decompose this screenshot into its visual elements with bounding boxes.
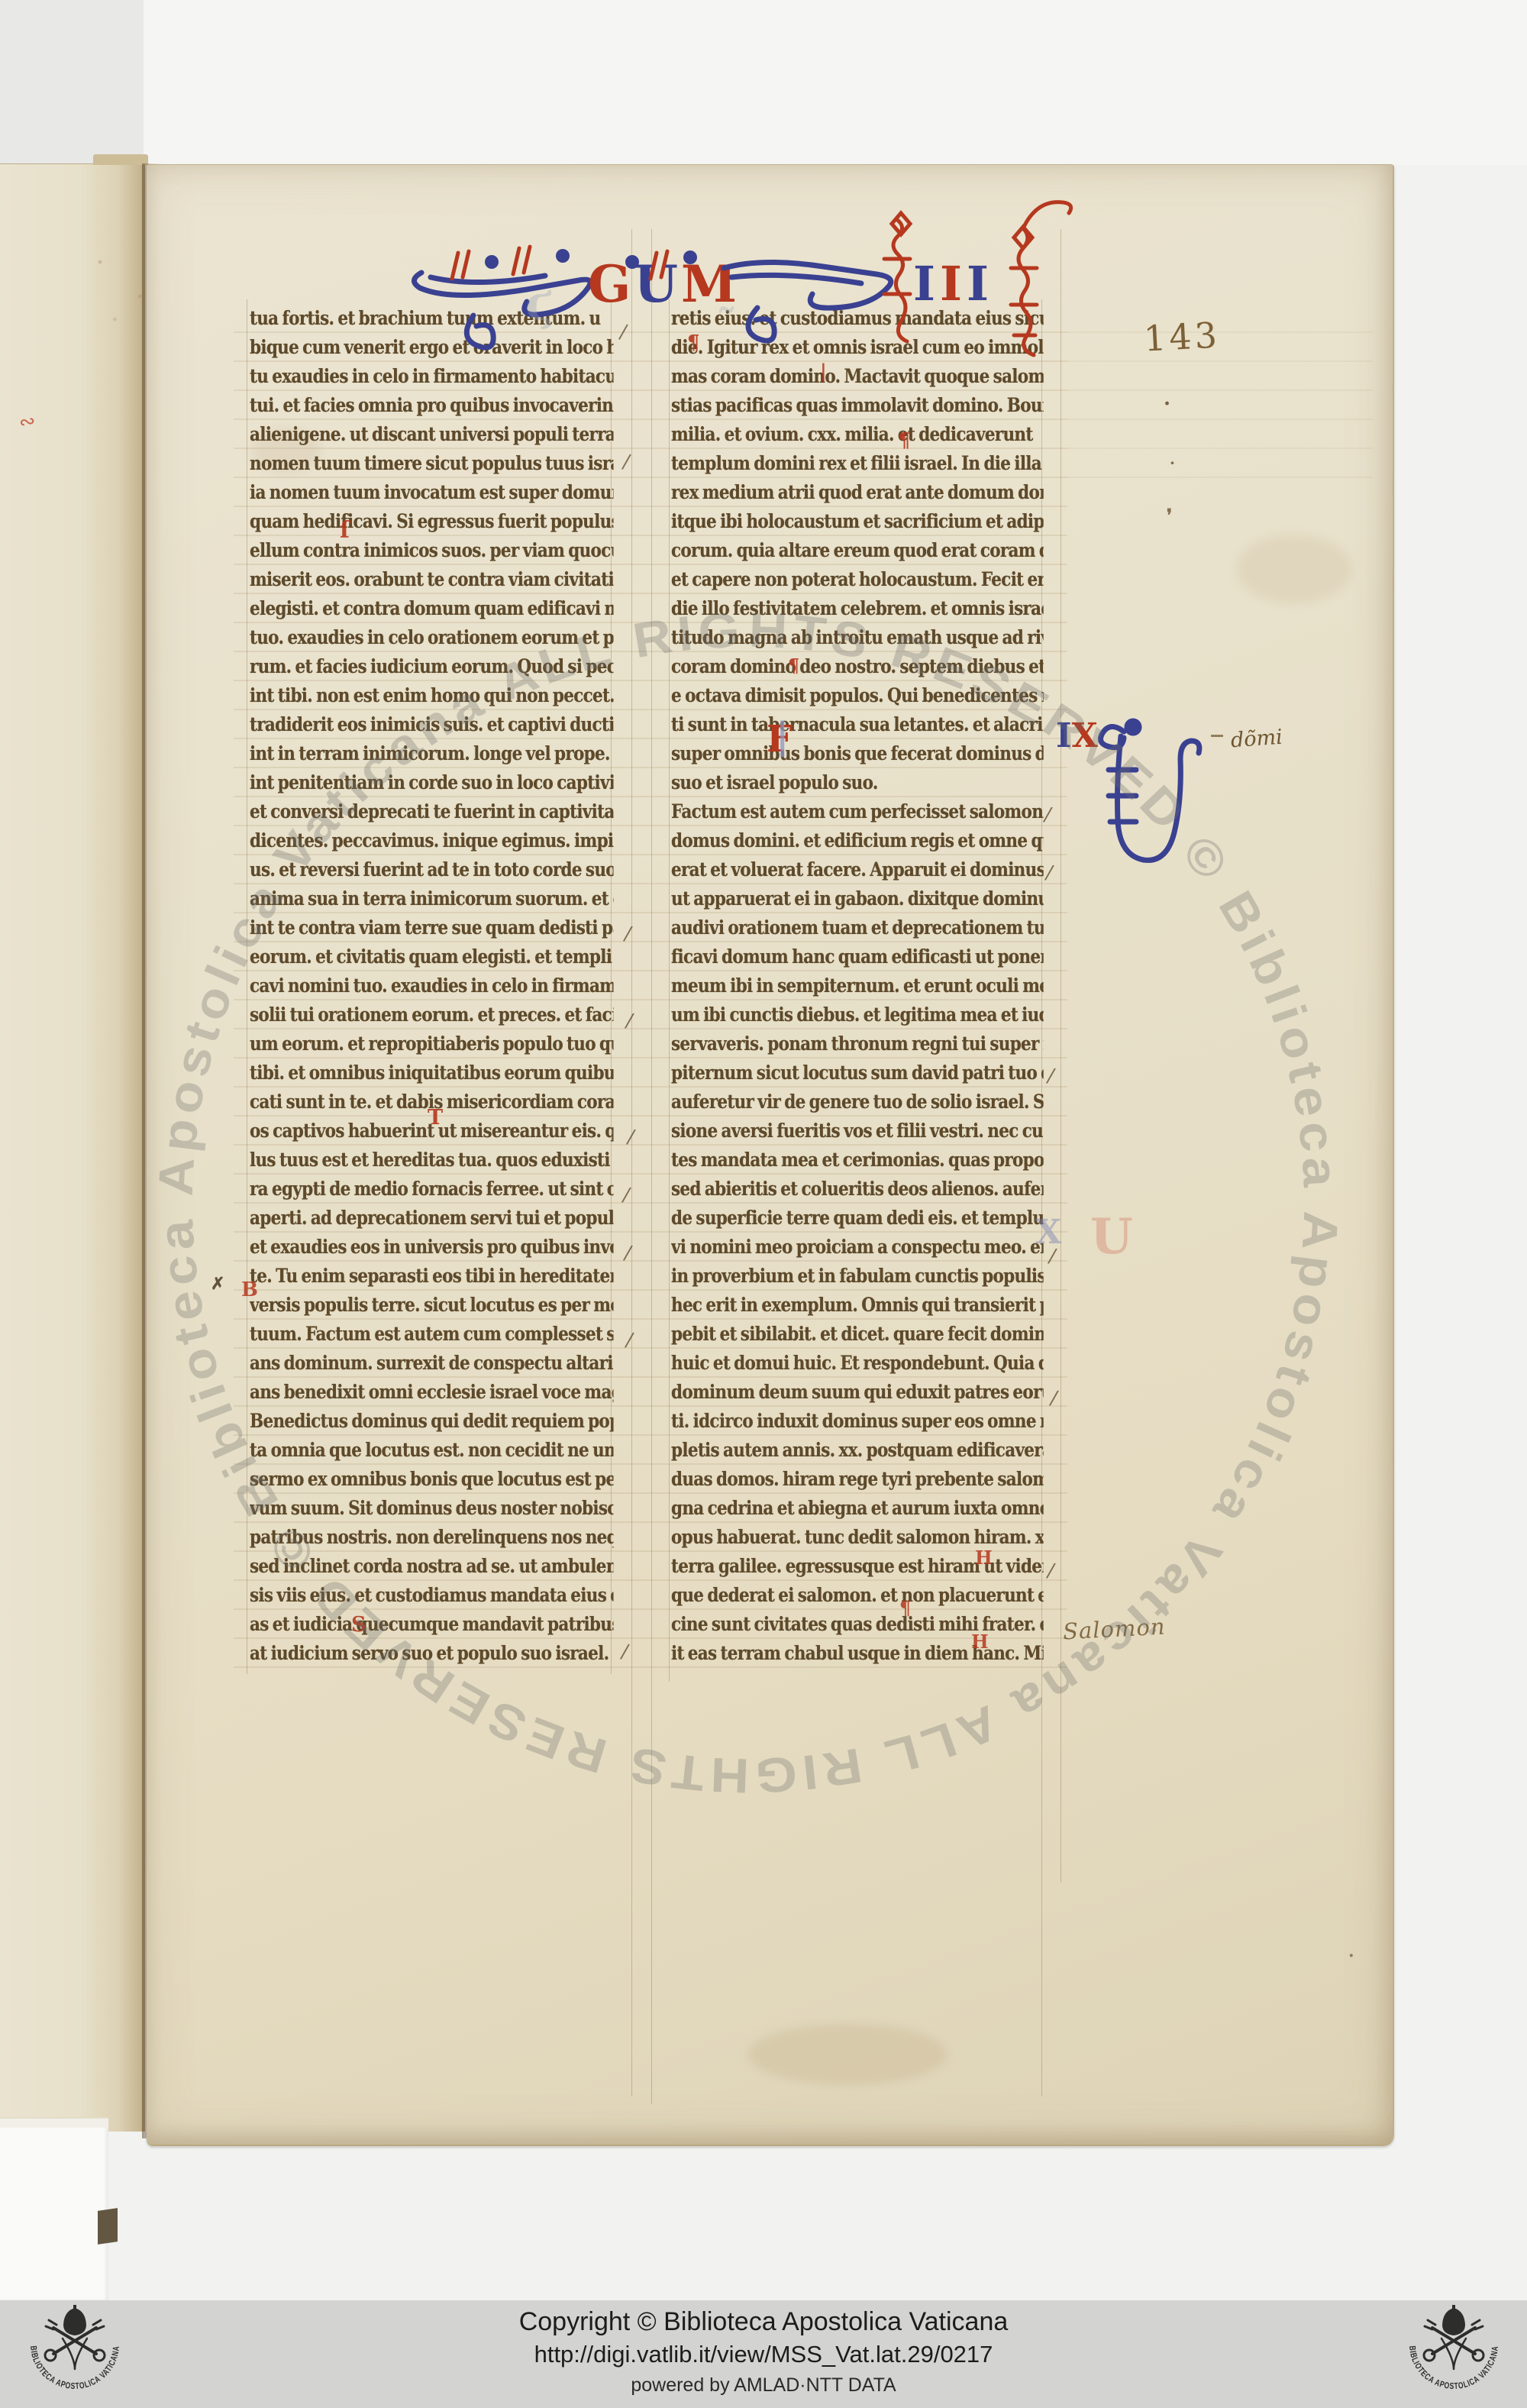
text-line: versis populis terre. sicut locutus es p…	[250, 1291, 614, 1320]
gloss-dash	[1211, 735, 1223, 737]
text-line: servaveris. ponam thronum regni tui supe…	[671, 1029, 1044, 1059]
rubric-mark: T	[428, 1107, 443, 1128]
rubric-mark: ſ	[340, 519, 350, 542]
rubric-mark: ¶	[899, 1599, 911, 1618]
text-line: super omnibus bonis que fecerat dominus …	[671, 739, 1044, 768]
text-line: um ibi cunctis diebus. et legitima mea e…	[671, 1000, 1044, 1029]
text-line: milia. et ovium. cxx. milia. et dedicave…	[671, 420, 1044, 449]
rubric-mark: ·	[1170, 455, 1175, 470]
text-line: ti. idcirco induxit dominus super eos om…	[671, 1407, 1044, 1436]
red-flourish-right	[1011, 202, 1071, 355]
text-line: ficavi domum hanc quam edificasti ut pon…	[671, 942, 1044, 971]
text-line: stias pacificas quas immolavit domino. B…	[671, 391, 1044, 420]
text-line: gna cedrina et abiegna et aurum iuxta om…	[671, 1494, 1044, 1523]
text-line: um eorum. et repropitiaberis populo tuo …	[250, 1029, 614, 1059]
page-stack-edge	[0, 2117, 108, 2300]
text-line: Benedictus dominus qui dedit requiem pop…	[250, 1407, 614, 1436]
papal-tiara-icon	[1442, 2305, 1465, 2335]
text-line: alienigene. ut discant universi populi t…	[250, 420, 614, 449]
rubric-mark: ✗	[211, 1275, 224, 1292]
text-line: Factum est autem cum perfecisset salomon…	[671, 797, 1044, 826]
rubric-mark: ¶	[687, 333, 700, 353]
text-line: templum domini rex et filii israel. In d…	[671, 449, 1044, 478]
text-line: domus domini. et edificium regis et omne…	[671, 826, 1044, 855]
text-column-left: tua fortis. et brachium tuum extentum. u…	[250, 304, 615, 1671]
text-line: ta omnia que locutus est. non cecidit ne…	[250, 1436, 614, 1465]
rubric-mark: ϛ	[525, 280, 554, 327]
rubric-mark: X	[1035, 1216, 1061, 1249]
text-line: eorum. et civitatis quam elegisti. et te…	[250, 942, 614, 971]
text-line: int in terram inimicorum. longe vel prop…	[250, 739, 614, 768]
margin-gloss-salomon: Salomon	[1062, 1614, 1166, 1645]
text-line: sis viis eius. et custodiamus mandata ei…	[250, 1581, 614, 1610]
text-line: rum. et facies iudicium eorum. Quod si p…	[250, 652, 614, 681]
text-line: die illo festivitatem celebrem. et omnis…	[671, 594, 1044, 623]
text-line: miserit eos. orabunt te contra viam civi…	[250, 565, 614, 594]
text-line: coram domino deo nostro. septem diebus e…	[671, 652, 1044, 681]
text-line: et capere non poterat holocaustum. Fecit…	[671, 565, 1044, 594]
text-line: dominum deum suum qui eduxit patres eoru…	[671, 1378, 1044, 1407]
text-line: rex medium atrii quod erat ante domum do…	[671, 478, 1044, 507]
text-line: hec erit in exemplum. Omnis qui transier…	[671, 1291, 1044, 1320]
text-line: tibi. et omnibus iniquitatibus eorum qui…	[250, 1059, 614, 1088]
vatican-library-logo-left: BIBLIOTECA APOSTOLICA VATICANA	[17, 2305, 133, 2403]
rubric-mark: U	[1090, 1213, 1133, 1262]
text-line: titudo magna ab introitu emath usque ad …	[671, 623, 1044, 652]
text-line: sione aversi fueritis vos et filii vestr…	[671, 1117, 1044, 1146]
text-line: te. Tu enim separasti eos tibi in heredi…	[250, 1262, 614, 1291]
text-line: tui. et facies omnia pro quibus invocave…	[250, 391, 614, 420]
parchment-stain	[1237, 535, 1351, 603]
text-line: elegisti. et contra domum quam edificavi…	[250, 594, 614, 623]
text-line: ti sunt in tabernacula sua letantes. et …	[671, 710, 1044, 739]
blue-penwork-left	[414, 273, 590, 347]
text-line: erat et voluerat facere. Apparuit ei dom…	[671, 855, 1044, 884]
text-line: dicentes. peccavimus. inique egimus. imp…	[250, 826, 614, 855]
text-line: anima sua in terra inimicorum suorum. et…	[250, 884, 614, 913]
text-line: ans dominum. surrexit de conspectu altar…	[250, 1349, 614, 1378]
text-line: aperti. ad deprecationem servi tui et po…	[250, 1204, 614, 1233]
rubric-mark: H	[971, 1633, 989, 1651]
text-line: e octava dimisit populos. Qui benedicent…	[671, 681, 1044, 710]
footer-powered-by: powered by AMLAD·NTT DATA	[0, 2371, 1527, 2400]
vatican-library-logo-right: BIBLIOTECA APOSTOLICA VATICANA	[1396, 2305, 1512, 2403]
text-line: que dederat ei salomon. et non placuerun…	[671, 1581, 1044, 1610]
margin-gloss-domi: dõmi	[1230, 726, 1283, 753]
text-line: duas domos. hiram rege tyri prebente sal…	[671, 1465, 1044, 1494]
blue-penwork-right	[724, 262, 891, 341]
text-line: de superficie terre quam dedi eis. et te…	[671, 1204, 1044, 1233]
rubric-mark: ·	[1164, 394, 1170, 414]
text-line: in proverbium et in fabulam cunctis popu…	[671, 1262, 1044, 1291]
rubric-mark: ˜	[716, 304, 737, 345]
text-line: pebit et sibilabit. et dicet. quare feci…	[671, 1320, 1044, 1349]
text-line: nomen tuum timere sicut populus tuus isr…	[250, 449, 614, 478]
text-line: ra egypti de medio fornacis ferree. ut s…	[250, 1175, 614, 1204]
folio-number: 143	[1143, 314, 1222, 359]
ruling-vertical	[651, 229, 652, 2104]
running-header: GUM III	[147, 179, 1393, 393]
ruling-vertical	[669, 299, 670, 1682]
text-line: ia nomen tuum invocatum est super domum …	[250, 478, 614, 507]
text-line: lus tuus est et hereditas tua. quos edux…	[250, 1146, 614, 1175]
text-line: sed abieritis et colueritis deos alienos…	[671, 1175, 1044, 1204]
text-line: vi nomini meo proiciam a conspectu meo. …	[671, 1233, 1044, 1262]
text-line: huic et domui huic. Et respondebunt. Qui…	[671, 1349, 1044, 1378]
text-line: et exaudies eos in universis pro quibus …	[250, 1233, 614, 1262]
text-line: vum suum. Sit dominus deus noster nobisc…	[250, 1494, 614, 1523]
rubric-mark: ¶	[898, 431, 911, 451]
text-line: at iudicium servo suo et populo suo isra…	[250, 1639, 614, 1668]
text-line: ellum contra inimicos suos. per viam quo…	[250, 536, 614, 565]
text-line: pletis autem annis. xx. postquam edifica…	[671, 1436, 1044, 1465]
page-top-tab	[93, 154, 148, 165]
chapter-initial-flourish	[1090, 710, 1212, 901]
text-line: audivi orationem tuam et deprecationem t…	[671, 913, 1044, 942]
footer-text-block: Copyright © Biblioteca Apostolica Vatica…	[0, 2305, 1527, 2400]
rubric-mark: S	[351, 1614, 366, 1635]
rubric-mark: ❜	[1167, 507, 1172, 524]
digitized-manuscript-scan: { "manuscript": { "folio_number": "143",…	[0, 0, 1527, 2408]
rubric-mark: |	[776, 718, 789, 755]
text-line: tes mandata mea et cerimonias. quas prop…	[671, 1146, 1044, 1175]
text-line: tradiderit eos inimicis suis. et captivi…	[250, 710, 614, 739]
chapter-numeral-letters: III	[913, 256, 993, 312]
text-line: corum. quia altare ereum quod erat coram…	[671, 536, 1044, 565]
text-line: piternum sicut locutus sum david patri t…	[671, 1059, 1044, 1088]
text-line: quam hedificavi. Si egressus fuerit popu…	[250, 507, 614, 536]
facing-page-edge	[0, 163, 145, 2132]
text-line: sermo ex omnibus bonis que locutus est p…	[250, 1465, 614, 1494]
footer-copyright: Copyright © Biblioteca Apostolica Vatica…	[0, 2305, 1527, 2339]
photo-backdrop-left	[0, 0, 144, 165]
rubric-mark: B	[241, 1280, 258, 1300]
text-line: tuo. exaudies in celo orationem eorum et…	[250, 623, 614, 652]
rubric-mark: |	[820, 362, 827, 380]
footer-url[interactable]: http://digi.vatlib.it/view/MSS_Vat.lat.2…	[0, 2339, 1527, 2371]
rubric-mark: ¶	[788, 657, 799, 675]
text-line: int penitentiam in corde suo in loco cap…	[250, 768, 614, 797]
text-line: ans benedixit omni ecclesie israel voce …	[250, 1378, 614, 1407]
text-line: sed inclinet corda nostra ad se. ut ambu…	[250, 1552, 614, 1581]
text-line: us. et reversi fuerint ad te in toto cor…	[250, 855, 614, 884]
text-line: auferetur vir de genere tuo de solio isr…	[671, 1088, 1044, 1117]
text-line: as et iudicia quecumque mandavit patribu…	[250, 1610, 614, 1639]
papal-tiara-icon	[63, 2305, 86, 2335]
text-column-right: retis eius. et custodiamus mandata eius …	[671, 304, 1044, 1671]
parchment-stain	[748, 2024, 947, 2085]
rubric-mark: ·	[1348, 1947, 1354, 1964]
text-line: patribus nostris. non derelinquens nos n…	[250, 1523, 614, 1552]
text-line: et conversi deprecati te fuerint in capt…	[250, 797, 614, 826]
text-line: itque ibi holocaustum et sacrificium et …	[671, 507, 1044, 536]
photo-backdrop-top	[144, 0, 1527, 165]
ruling-vertical	[247, 299, 247, 1674]
text-line: solii tui orationem eorum. et preces. et…	[250, 1000, 614, 1029]
rubric-mark: H	[975, 1549, 993, 1567]
ruling-vertical	[1061, 229, 1061, 1883]
text-line: suo et israel populo suo.	[671, 768, 1044, 797]
binding-notch	[98, 2208, 118, 2245]
text-line: int te contra viam terre sue quam dedist…	[250, 913, 614, 942]
text-line: int tibi. non est enim homo qui non pecc…	[250, 681, 614, 710]
text-line: tuum. Factum est autem cum complesset sa…	[250, 1320, 614, 1349]
text-line: ut apparuerat ei in gabaon. dixitque dom…	[671, 884, 1044, 913]
text-line: cavi nomini tuo. exaudies in celo in fir…	[250, 971, 614, 1000]
ruling-vertical	[631, 229, 632, 2096]
text-line: meum ibi in sempiternum. et erunt oculi …	[671, 971, 1044, 1000]
